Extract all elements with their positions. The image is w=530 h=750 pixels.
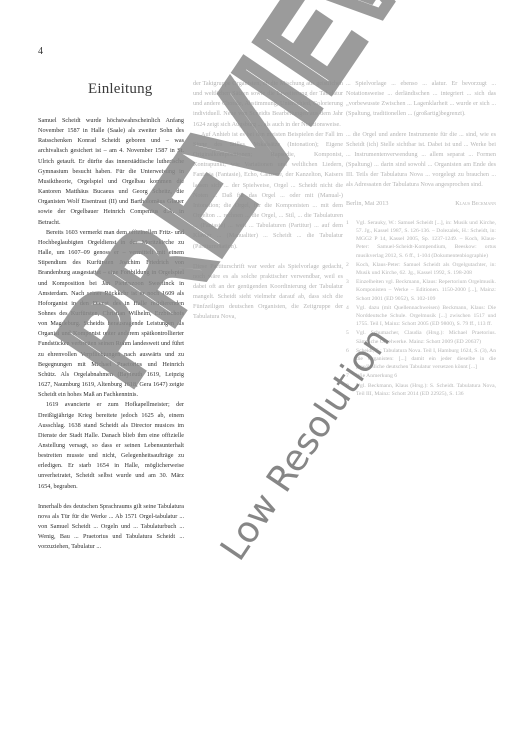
footnote-number: 5	[346, 329, 351, 345]
paragraph: ... Spielvorlage ... ebenso ... alatur. …	[346, 79, 496, 120]
page-title: Einleitung	[88, 81, 153, 98]
signature-place-date: Berlin, Mai 2013	[346, 199, 388, 209]
footnote-text: Wie Anmerkung 6	[356, 372, 496, 380]
footnote: 4 Vgl. dazu (mit Quellennachweisen) Beck…	[346, 304, 496, 329]
footnote-text: Einzelheiten vgl. Beckmann, Klaus: Reper…	[356, 278, 496, 303]
footnote: 6 Scheidt, S.: Tabulatura Nova. Teil I, …	[346, 347, 496, 372]
signature: Berlin, Mai 2013 Klaus Beckmann	[346, 199, 496, 209]
footnote-number: 3	[346, 278, 351, 303]
paragraph: Innerhalb des deutschen Sprachraums gilt…	[38, 502, 184, 553]
right-column: ... Spielvorlage ... ebenso ... alatur. …	[346, 79, 496, 399]
footnote: 1 Vgl. Serauky, W.: Samuel Scheidt [...]…	[346, 219, 496, 260]
footnote: 8 Vgl. Beckmann, Klaus (Hrsg.): S. Schei…	[346, 382, 496, 398]
footnote-text: Koch, Klaus-Peter: Samuel Scheidt als Or…	[356, 261, 496, 277]
footnote: 5 Vgl. Schumacher, Claudia (Hrsg.): Mich…	[346, 329, 496, 345]
paragraph: ... die Orgel und andere Instrumente für…	[346, 130, 496, 191]
footnote-text: Scheidt, S.: Tabulatura Nova. Teil I, Ha…	[356, 347, 496, 372]
footnote-text: Vgl. dazu (mit Quellennachweisen) Beckma…	[356, 304, 496, 329]
footnote-text: Vgl. Beckmann, Klaus (Hrsg.): S. Scheidt…	[356, 382, 496, 398]
footnote-number: 2	[346, 261, 351, 277]
signature-author: Klaus Beckmann	[455, 199, 496, 209]
footnote-number: 1	[346, 219, 351, 260]
paragraph: Bereits 1603 vermerkt man dem offizinell…	[38, 228, 184, 401]
footnote-text: Vgl. Serauky, W.: Samuel Scheidt [...], …	[356, 219, 496, 260]
footnote: 7 Wie Anmerkung 6	[346, 372, 496, 380]
paragraph: 1619 avancierte er zum Hofkapellmeister;…	[38, 400, 184, 491]
left-column: Samuel Scheidt wurde höchstwahrscheinlic…	[38, 116, 184, 553]
footnotes: 1 Vgl. Serauky, W.: Samuel Scheidt [...]…	[346, 219, 496, 398]
footnote-number: 4	[346, 304, 351, 329]
paragraph: der Taktgruppe Organisten, ob die Mischu…	[193, 79, 343, 130]
paragraph: Diese Partiturschrift war weder als Spie…	[193, 262, 343, 323]
footnote-text: Vgl. Schumacher, Claudia (Hrsg.): Michae…	[356, 329, 496, 345]
page-number: 4	[38, 46, 43, 57]
footnote-number: 7	[346, 372, 351, 380]
footnote: 3 Einzelheiten vgl. Beckmann, Klaus: Rep…	[346, 278, 496, 303]
paragraph: Auf Anhieb ist es bei den meisten Beispi…	[193, 130, 343, 252]
footnote: 2 Koch, Klaus-Peter: Samuel Scheidt als …	[346, 261, 496, 277]
document-page: 4 Einleitung Samuel Scheidt wurde höchst…	[0, 0, 530, 750]
paragraph: Samuel Scheidt wurde höchstwahrscheinlic…	[38, 116, 184, 228]
middle-column: der Taktgruppe Organisten, ob die Mischu…	[193, 79, 343, 323]
footnote-number: 6	[346, 347, 351, 372]
footnote-number: 8	[346, 382, 351, 398]
